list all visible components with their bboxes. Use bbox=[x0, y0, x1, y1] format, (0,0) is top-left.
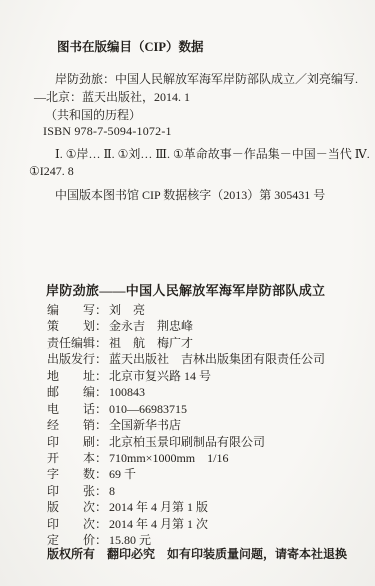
colophon-value: 8 bbox=[109, 484, 115, 498]
colophon-label: 编写 bbox=[47, 302, 95, 318]
colophon-row: 印张：8 bbox=[47, 483, 369, 499]
colophon-value: 金永吉 荆忠峰 bbox=[109, 319, 193, 333]
colophon-value: 100843 bbox=[109, 385, 145, 399]
colophon-row: 印刷：北京柏玉景印刷制品有限公司 bbox=[47, 434, 369, 450]
colophon-value: 69 千 bbox=[109, 467, 136, 481]
colophon-separator: ： bbox=[95, 351, 107, 367]
colophon-separator: ： bbox=[95, 401, 107, 417]
colophon-label: 地址 bbox=[47, 368, 95, 384]
cip-classification-line-2: ①I247. 8 bbox=[29, 164, 74, 178]
book-title: 岸防劲旅——中国人民解放军海军岸防部队成立 bbox=[46, 284, 325, 298]
book-copyright-page: 图书在版编目（CIP）数据 岸防劲旅：中国人民解放军海军岸防部队成立／刘亮编写.… bbox=[0, 0, 375, 586]
colophon-separator: ： bbox=[95, 417, 107, 433]
colophon-separator: ： bbox=[95, 302, 107, 318]
colophon-separator: ： bbox=[95, 466, 107, 482]
colophon-row: 经销：全国新华书店 bbox=[47, 417, 369, 433]
colophon-row: 编写：刘 亮 bbox=[47, 302, 369, 318]
colophon-label: 开本 bbox=[47, 450, 95, 466]
colophon-label: 策划 bbox=[47, 318, 95, 334]
colophon-row: 邮编：100843 bbox=[47, 384, 369, 400]
colophon-value: 2014 年 4 月第 1 版 bbox=[109, 500, 208, 514]
colophon-separator: ： bbox=[95, 318, 107, 334]
colophon-label: 责任编辑 bbox=[47, 335, 95, 351]
colophon-value: 北京柏玉景印刷制品有限公司 bbox=[109, 435, 265, 449]
colophon-label: 印刷 bbox=[47, 434, 95, 450]
cip-heading: 图书在版编目（CIP）数据 bbox=[57, 40, 204, 54]
colophon-row: 字数：69 千 bbox=[47, 466, 369, 482]
cip-classification-line-1: Ⅰ. ①岸… Ⅱ. ①刘… Ⅲ. ①革命故事－作品集－中国－当代 Ⅳ. bbox=[55, 147, 370, 161]
cip-record-line-2: —北京：蓝天出版社，2014. 1 bbox=[34, 90, 190, 104]
colophon-separator: ： bbox=[95, 384, 107, 400]
colophon-value: 010—66983715 bbox=[109, 402, 187, 416]
colophon-label: 印张 bbox=[47, 483, 95, 499]
copyright-notice: 版权所有 翻印必究 如有印装质量问题，请寄本社退换 bbox=[47, 547, 347, 561]
colophon-row: 版次：2014 年 4 月第 1 版 bbox=[47, 499, 369, 515]
colophon-label: 印次 bbox=[47, 516, 95, 532]
colophon-row: 印次：2014 年 4 月第 1 次 bbox=[47, 516, 369, 532]
colophon-label: 经销 bbox=[47, 417, 95, 433]
colophon-value: 2014 年 4 月第 1 次 bbox=[109, 517, 208, 531]
colophon-label: 电话 bbox=[47, 401, 95, 417]
colophon-value: 全国新华书店 bbox=[109, 418, 181, 432]
colophon-row: 策划：金永吉 荆忠峰 bbox=[47, 318, 369, 334]
cip-series-note: （共和国的历程） bbox=[45, 108, 141, 122]
colophon-separator: ： bbox=[95, 368, 107, 384]
colophon-value: 祖 航 梅广才 bbox=[109, 336, 193, 350]
colophon-separator: ： bbox=[95, 499, 107, 515]
colophon-row: 责任编辑：祖 航 梅广才 bbox=[47, 335, 369, 351]
colophon-separator: ： bbox=[95, 335, 107, 351]
colophon-separator: ： bbox=[95, 516, 107, 532]
colophon-row: 电话：010—66983715 bbox=[47, 401, 369, 417]
colophon-separator: ： bbox=[95, 434, 107, 450]
colophon-row: 出版发行：蓝天出版社 吉林出版集团有限责任公司 bbox=[47, 351, 369, 367]
colophon-separator: ： bbox=[95, 450, 107, 466]
colophon-value: 15.80 元 bbox=[109, 533, 151, 547]
colophon-list: 编写：刘 亮 策划：金永吉 荆忠峰 责任编辑：祖 航 梅广才 出版发行：蓝天出版… bbox=[47, 302, 369, 549]
colophon-row: 地址：北京市复兴路 14 号 bbox=[47, 368, 369, 384]
colophon-value: 710mm×1000mm 1/16 bbox=[109, 451, 228, 465]
colophon-value: 蓝天出版社 吉林出版集团有限责任公司 bbox=[109, 352, 325, 366]
colophon-label: 出版发行 bbox=[47, 351, 95, 367]
colophon-row: 开本：710mm×1000mm 1/16 bbox=[47, 450, 369, 466]
colophon-value: 刘 亮 bbox=[109, 303, 145, 317]
colophon-label: 邮编 bbox=[47, 384, 95, 400]
colophon-label: 字数 bbox=[47, 466, 95, 482]
colophon-separator: ： bbox=[95, 483, 107, 499]
colophon-label: 版次 bbox=[47, 499, 95, 515]
cip-registry-number: 中国版本图书馆 CIP 数据核字（2013）第 305431 号 bbox=[55, 188, 325, 202]
colophon-value: 北京市复兴路 14 号 bbox=[109, 369, 211, 383]
cip-isbn: ISBN 978-7-5094-1072-1 bbox=[43, 124, 172, 138]
cip-record-line-1: 岸防劲旅：中国人民解放军海军岸防部队成立／刘亮编写. bbox=[55, 72, 358, 86]
